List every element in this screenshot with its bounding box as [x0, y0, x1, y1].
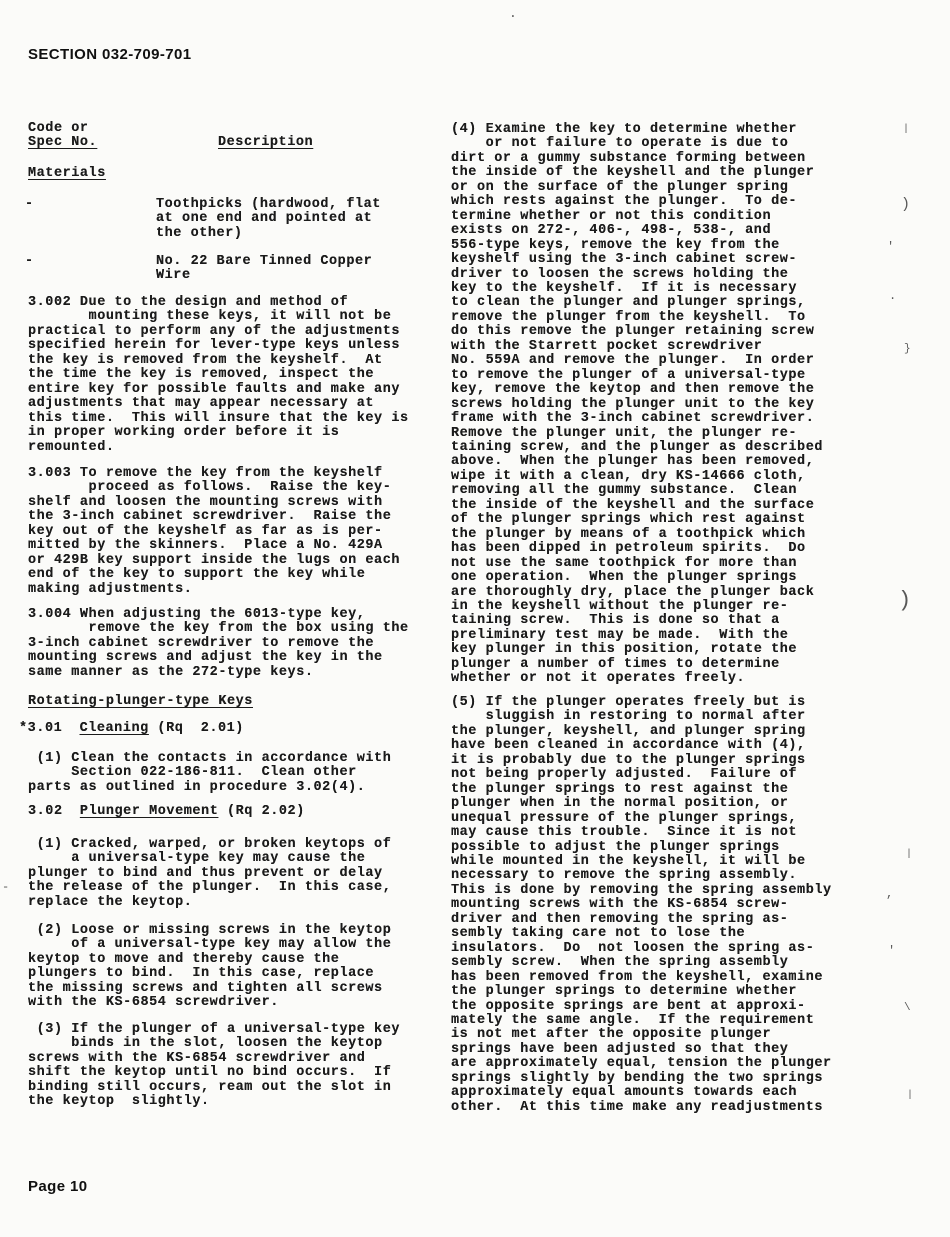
scan-artifact: ) — [898, 588, 911, 613]
scan-artifact: - — [2, 880, 9, 894]
scan-artifact: } — [904, 343, 911, 355]
scan-artifact: | — [903, 124, 909, 135]
document-page: SECTION 032-709-701 Code or Spec No. Des… — [0, 0, 950, 1237]
scan-artifact: \ — [904, 1002, 911, 1014]
scan-artifact: ' — [888, 944, 895, 958]
scan-artifacts-layer: .|)'.})|,'\|- — [0, 0, 950, 1237]
scan-artifact: ) — [901, 196, 910, 213]
scan-artifact: , — [886, 887, 893, 901]
scan-artifact: | — [906, 849, 912, 860]
scan-artifact: . — [889, 289, 896, 303]
scan-artifact: . — [509, 6, 517, 21]
scan-artifact: | — [907, 1090, 913, 1101]
scan-artifact: ' — [887, 240, 894, 254]
